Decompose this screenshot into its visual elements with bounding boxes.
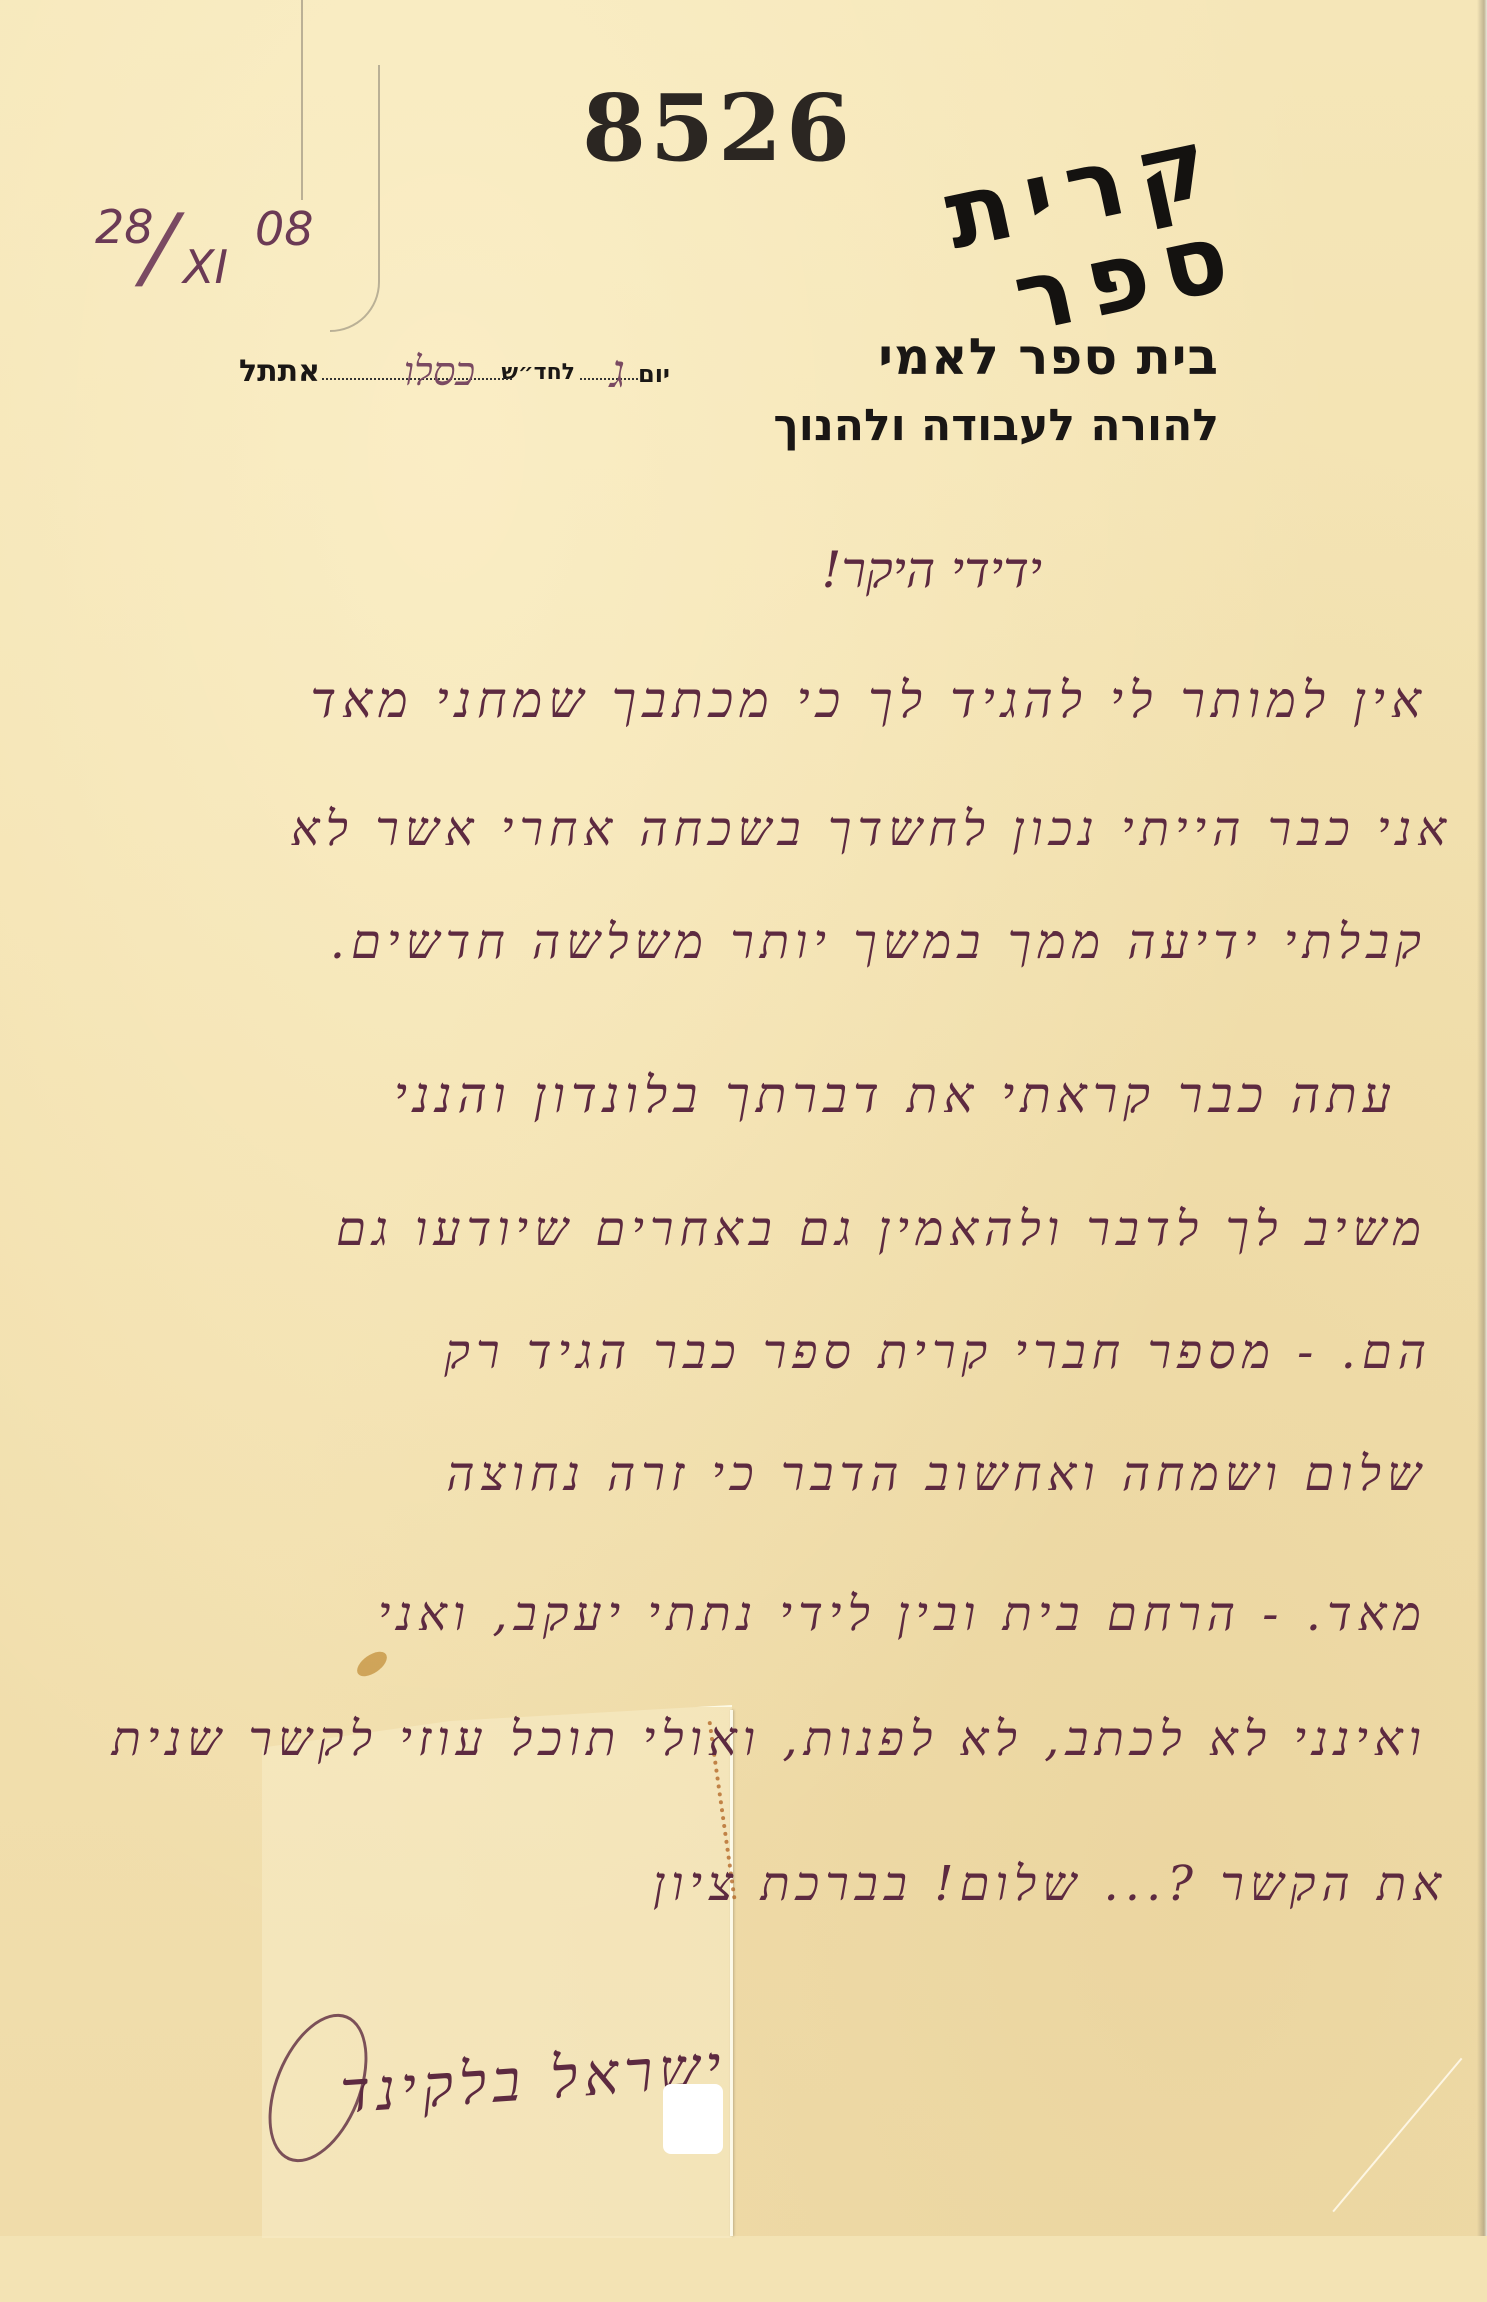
letter-greeting: ידידי היקר! — [821, 545, 1042, 595]
pencil-margin-line — [301, 0, 303, 200]
date-year: 08 — [255, 202, 314, 256]
paper-repair-patch — [262, 1705, 732, 2236]
letter-line: הם. - מספר חברי קרית ספר כבר הגיד רק — [444, 1328, 1432, 1376]
letter-line: משיב לך לדבר ולהאמין גם באחרים שיודעו גם — [336, 1205, 1427, 1253]
letter-line: ואינני לא לכתב, לא לפנות, ואולי תוכל עוז… — [112, 1715, 1427, 1763]
dateline-year: אתתל — [239, 354, 320, 389]
letter-line: עתה כבר קראתי את דברתך בלונדון והנני — [394, 1070, 1397, 1120]
letter-line: אני כבר הייתי נכון לחשדך בשכחה אחרי אשר … — [291, 805, 1452, 853]
date-month: XI — [183, 240, 228, 294]
letterhead: בית ספר לאמי להורה לעבודה ולהנוך — [773, 322, 1219, 456]
dateline-day-label: יום — [638, 360, 670, 388]
letter-line: שלום ושמחה ואחשוב הדבר כי זרה נחוצה — [446, 1450, 1427, 1498]
dateline-day-value: ג — [610, 344, 625, 398]
letter-line: מאד. - הרחם בית ובין לידי נתתי יעקב, ואנ… — [378, 1590, 1427, 1638]
letterhead-subtitle: להורה לעבודה ולהנוך — [773, 396, 1219, 456]
paper-edge — [1477, 0, 1487, 2236]
letterhead-school-name: בית ספר לאמי — [773, 322, 1219, 392]
letter-line: קבלתי ידיעה ממך במשך יותר משלשה חדשים. — [330, 918, 1427, 966]
paper-fold — [730, 1710, 733, 2236]
dateline-month-value: כסלו — [404, 348, 475, 395]
paper-hole — [663, 2084, 723, 2154]
dateline-month-label: לחד״ש — [501, 360, 575, 385]
letter-line: את הקשר ?... שלום! בברכת ציון — [653, 1860, 1447, 1908]
printed-dateline: יום ג לחד״ש כסלו אתתל — [150, 350, 670, 410]
accession-number: 8526 — [582, 82, 854, 174]
letter-line: אין למותר לי להגיד לך כי מכתבך שמחני מאד — [310, 675, 1427, 725]
pencil-curve-line — [330, 65, 380, 332]
